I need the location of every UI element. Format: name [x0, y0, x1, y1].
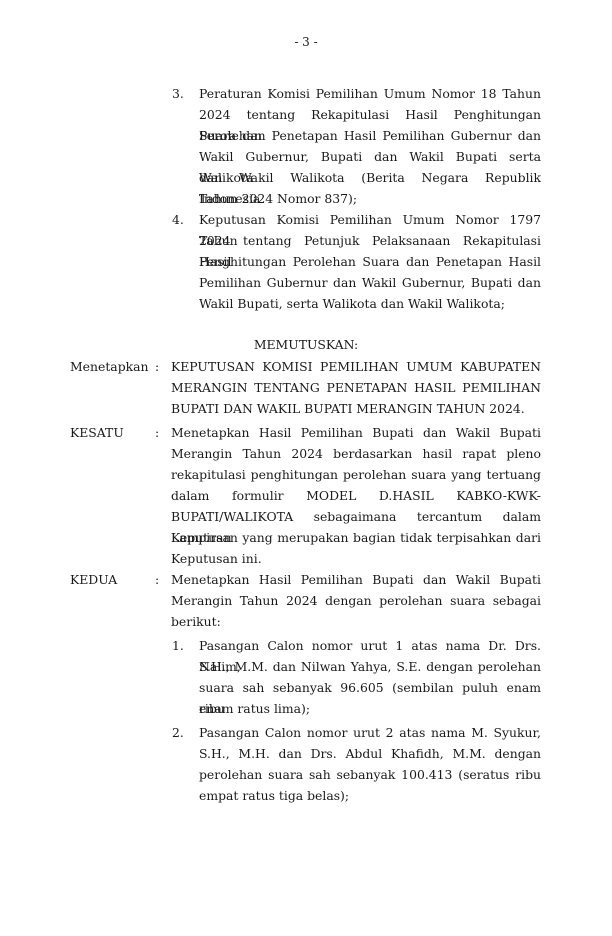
section-line: BUPATI DAN WAKIL BUPATI MERANGIN TAHUN 2… [171, 398, 541, 419]
document-page: - 3 - 3.Peraturan Komisi Pemilihan Umum … [0, 0, 612, 936]
section-label: Menetapkan [70, 356, 149, 377]
section-line: dalam formulir MODEL D.HASIL KABKO-KWK- [171, 485, 541, 506]
candidate-line: empat ratus tiga belas); [199, 785, 541, 806]
section-line: rekapitulasi penghitungan perolehan suar… [171, 464, 541, 485]
section-line: Keputusan yang merupakan bagian tidak te… [171, 527, 541, 548]
section-line: berikut: [171, 611, 541, 632]
candidate-line: perolehan suara sah sebanyak 100.413 (se… [199, 764, 541, 785]
section-line: KEPUTUSAN KOMISI PEMILIHAN UMUM KABUPATE… [171, 356, 541, 377]
section-colon: : [155, 356, 159, 377]
list-item-number: 3. [172, 83, 184, 104]
section-line: Merangin Tahun 2024 dengan perolehan sua… [171, 590, 541, 611]
list-item-line: Tahun 2024 Nomor 837); [199, 188, 541, 209]
list-item-line: Peraturan Komisi Pemilihan Umum Nomor 18… [199, 83, 541, 104]
section-line: Menetapkan Hasil Pemilihan Bupati dan Wa… [171, 569, 541, 590]
candidate-line: enam ratus lima); [199, 698, 541, 719]
list-item-line: Penghitungan Perolehan Suara dan Penetap… [199, 251, 541, 272]
decision-heading: MEMUTUSKAN: [0, 334, 612, 355]
candidate-line: S.H., M.H. dan Drs. Abdul Khafidh, M.M. … [199, 743, 541, 764]
list-item-line: Pemilihan Gubernur dan Wakil Gubernur, B… [199, 272, 541, 293]
list-item-line: Wakil Bupati, serta Walikota dan Wakil W… [199, 293, 541, 314]
section-label: KEDUA [70, 569, 117, 590]
section-line: Merangin Tahun 2024 berdasarkan hasil ra… [171, 443, 541, 464]
candidate-line: Pasangan Calon nomor urut 2 atas nama M.… [199, 722, 541, 743]
section-label: KESATU [70, 422, 124, 443]
section-colon: : [155, 422, 159, 443]
section-line: MERANGIN TENTANG PENETAPAN HASIL PEMILIH… [171, 377, 541, 398]
candidate-number: 1. [172, 635, 184, 656]
list-item-number: 4. [172, 209, 184, 230]
candidate-line: S.H., M.M. dan Nilwan Yahya, S.E. dengan… [199, 656, 541, 677]
candidate-number: 2. [172, 722, 184, 743]
section-line: Menetapkan Hasil Pemilihan Bupati dan Wa… [171, 422, 541, 443]
list-item-line: Suara dan Penetapan Hasil Pemilihan Gube… [199, 125, 541, 146]
page-number: - 3 - [0, 35, 612, 49]
section-line: Keputusan ini. [171, 548, 541, 569]
section-colon: : [155, 569, 159, 590]
